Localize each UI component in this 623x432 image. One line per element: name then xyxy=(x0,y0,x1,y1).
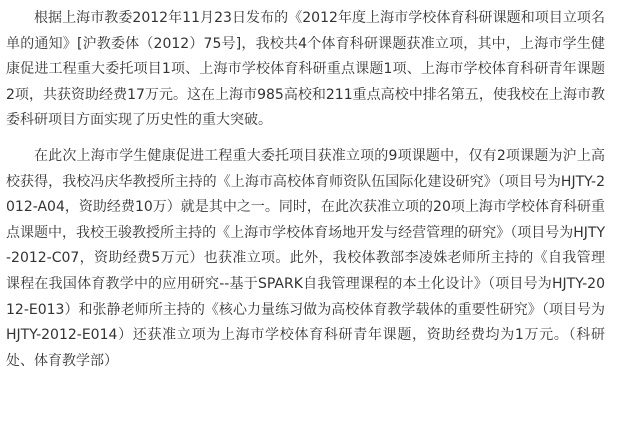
article-body: 根据上海市教委2012年11月23日发布的《2012年度上海市学校体育科研课题和… xyxy=(0,0,623,374)
article-paragraph-2: 在此次上海市学生健康促进工程重大委托项目获准立项的9项课题中，仅有2项课题为沪上… xyxy=(6,144,605,374)
article-paragraph-1: 根据上海市教委2012年11月23日发布的《2012年度上海市学校体育科研课题和… xyxy=(6,6,605,134)
